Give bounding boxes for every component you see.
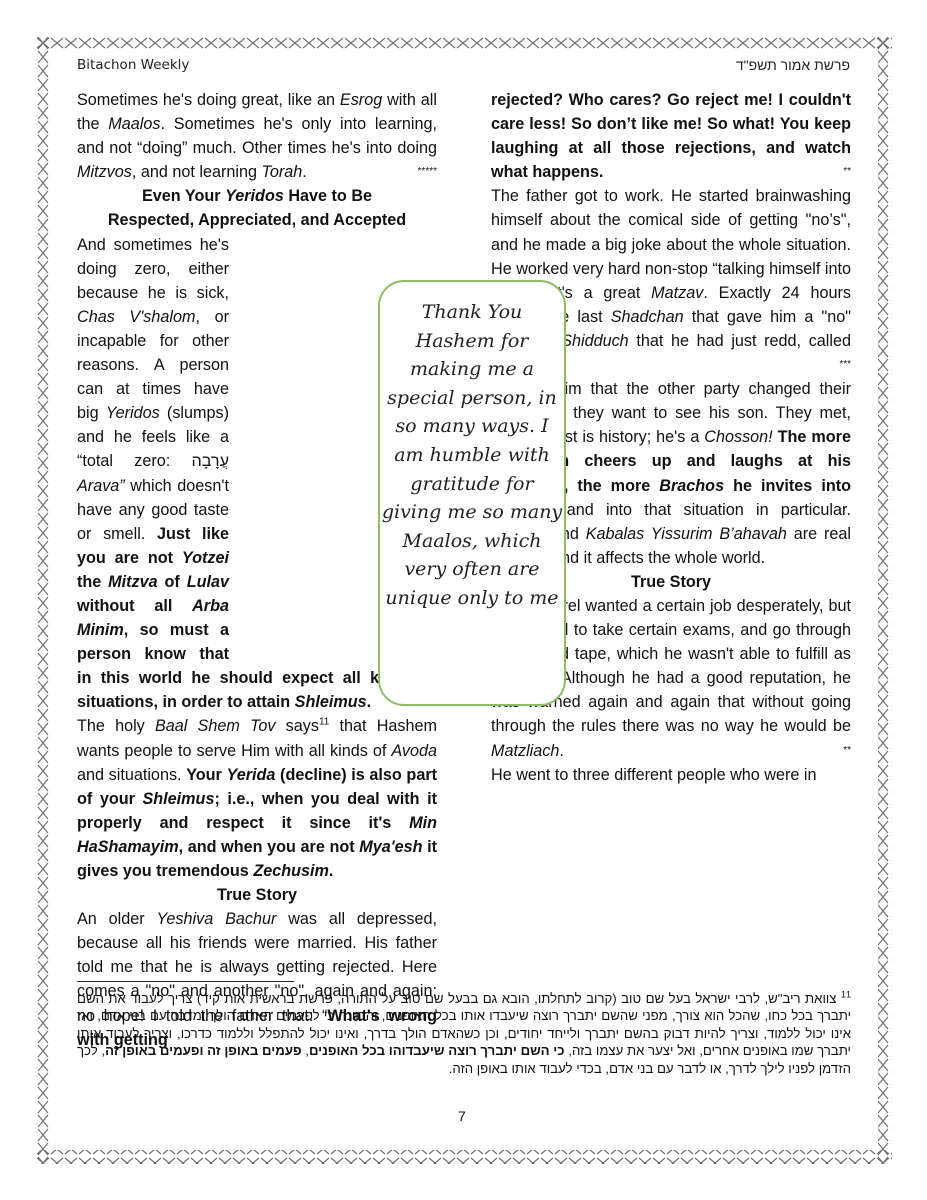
body-paragraph: He went to three different people who we… xyxy=(491,763,851,787)
page-number: 7 xyxy=(458,1108,466,1124)
footnote-separator xyxy=(77,981,294,982)
body-paragraph: The holy Baal Shem Tov says11 that Hashe… xyxy=(77,714,437,883)
hebrew-word: עֲרָבָה xyxy=(191,452,229,470)
parsha-header: פרשת אמור תשפ"ד xyxy=(736,57,850,73)
intro-paragraph: Sometimes he's doing great, like an Esro… xyxy=(77,88,437,184)
publication-title: Bitachon Weekly xyxy=(77,57,189,73)
gratitude-callout-box: Thank You Hashem for making me a special… xyxy=(378,280,566,706)
section-heading: Even Your Yeridos Have to Be Respected, … xyxy=(77,184,437,232)
section-stars: ** xyxy=(843,739,851,763)
footnote-number: 11 xyxy=(841,990,851,1000)
footnote: 11 צוואת ריב"ש, לרבי ישראל בעל שם טוב (ק… xyxy=(77,990,851,1077)
section-stars: *** xyxy=(839,353,851,377)
section-heading: True Story xyxy=(77,883,437,907)
body-paragraph: rejected? Who cares? Go reject me! I cou… xyxy=(491,88,851,184)
section-stars: ** xyxy=(843,160,851,184)
footnote-ref[interactable]: 11 xyxy=(319,717,329,728)
section-stars: ***** xyxy=(418,160,437,184)
